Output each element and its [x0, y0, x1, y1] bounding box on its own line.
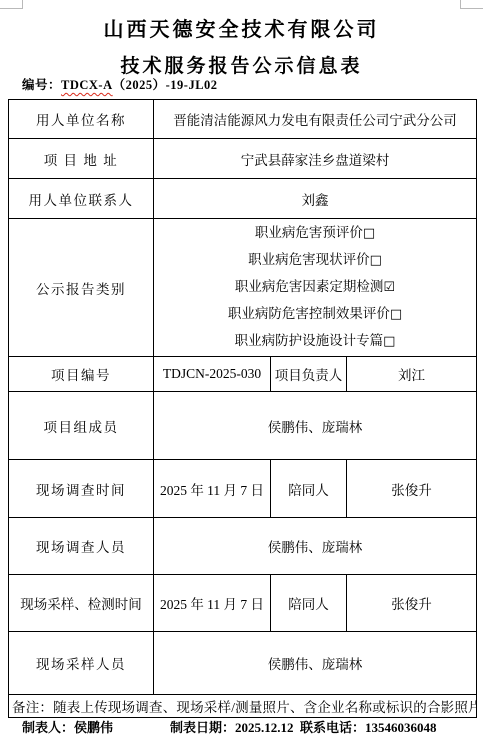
maker-line: 制表人：侯鹏伟 [22, 717, 113, 736]
table-row: 项 目 地 址 宁武县薛家洼乡盘道梁村 [9, 139, 477, 179]
sampling-time-value: 2025 年 11 月 7 日 [154, 575, 271, 632]
table-row: 现场调查时间 2025 年 11 月 7 日 陪同人 张俊升 [9, 460, 477, 518]
date-value: 2025.12.12 [235, 720, 294, 735]
report-type-option: 职业病危害现状评价□ [157, 247, 473, 274]
phone-label: 联系电话： [300, 720, 365, 735]
sampling-companion-label: 陪同人 [271, 575, 347, 632]
table-row: 项目组成员 侯鹏伟、庞瑞林 [9, 392, 477, 460]
survey-staff-label: 现场调查人员 [9, 518, 154, 575]
project-leader-value: 刘江 [347, 357, 477, 392]
report-type-option: 职业病危害预评价□ [157, 220, 473, 247]
checkbox-checked-icon: ☑ [383, 280, 395, 295]
checkbox-unchecked-icon: □ [383, 334, 395, 349]
margin-mark-top-right-icon [460, 0, 483, 9]
margin-mark-top-left-icon [0, 0, 23, 9]
info-table: 用人单位名称 晋能清洁能源风力发电有限责任公司宁武分公司 项 目 地 址 宁武县… [8, 99, 477, 718]
project-no-value: TDJCN-2025-030 [154, 357, 271, 392]
option-text: 职业病危害因素定期检测 [235, 279, 384, 294]
report-category-options: 职业病危害预评价□ 职业病危害现状评价□ 职业病危害因素定期检测☑ 职业病防危害… [154, 219, 477, 357]
maker-value: 侯鹏伟 [74, 720, 113, 735]
table-row: 用人单位联系人 刘鑫 [9, 179, 477, 219]
sampling-companion-value: 张俊升 [347, 575, 477, 632]
report-type-option: 职业病防危害控制效果评价□ [157, 301, 473, 328]
survey-time-label: 现场调查时间 [9, 460, 154, 518]
employer-contact-value: 刘鑫 [154, 179, 477, 219]
project-team-value: 侯鹏伟、庞瑞林 [154, 392, 477, 460]
survey-companion-label: 陪同人 [271, 460, 347, 518]
project-address-value: 宁武县薛家洼乡盘道梁村 [154, 139, 477, 179]
table-row: 现场调查人员 侯鹏伟、庞瑞林 [9, 518, 477, 575]
sampling-staff-label: 现场采样人员 [9, 632, 154, 695]
option-text: 职业病防护设施设计专篇 [235, 333, 384, 348]
employer-name-value: 晋能清洁能源风力发电有限责任公司宁武分公司 [154, 100, 477, 139]
checkbox-unchecked-icon: □ [370, 253, 382, 268]
table-row: 现场采样人员 侯鹏伟、庞瑞林 [9, 632, 477, 695]
doc-number: 编号：TDCX-A（2025）-19-JL02 [22, 75, 218, 93]
date-line: 制表日期：2025.12.12 [170, 717, 294, 736]
table-row: 备注：随表上传现场调查、现场采样/测量照片、含企业名称或标识的合影照片 [9, 695, 477, 718]
report-type-option: 职业病防护设施设计专篇□ [157, 328, 473, 355]
checkbox-unchecked-icon: □ [390, 307, 402, 322]
option-text: 职业病防危害控制效果评价 [228, 306, 390, 321]
remark-cell: 备注：随表上传现场调查、现场采样/测量照片、含企业名称或标识的合影照片 [9, 695, 477, 718]
maker-label: 制表人： [22, 720, 74, 735]
survey-companion-value: 张俊升 [347, 460, 477, 518]
employer-name-label: 用人单位名称 [9, 100, 154, 139]
table-row: 现场采样、检测时间 2025 年 11 月 7 日 陪同人 张俊升 [9, 575, 477, 632]
employer-contact-label: 用人单位联系人 [9, 179, 154, 219]
date-label: 制表日期： [170, 720, 235, 735]
form-title: 技术服务报告公示信息表 [0, 51, 483, 78]
sampling-time-label: 现场采样、检测时间 [9, 575, 154, 632]
option-text: 职业病危害现状评价 [248, 252, 370, 267]
report-type-option: 职业病危害因素定期检测☑ [157, 274, 473, 301]
option-text: 职业病危害预评价 [255, 225, 363, 240]
document-page: 山西天德安全技术有限公司 技术服务报告公示信息表 编号：TDCX-A（2025）… [0, 0, 483, 738]
project-leader-label: 项目负责人 [271, 357, 347, 392]
survey-time-value: 2025 年 11 月 7 日 [154, 460, 271, 518]
table-row: 公示报告类别 职业病危害预评价□ 职业病危害现状评价□ 职业病危害因素定期检测☑… [9, 219, 477, 357]
company-title: 山西天德安全技术有限公司 [0, 13, 483, 42]
table-row: 项目编号 TDJCN-2025-030 项目负责人 刘江 [9, 357, 477, 392]
survey-staff-value: 侯鹏伟、庞瑞林 [154, 518, 477, 575]
project-address-label: 项 目 地 址 [9, 139, 154, 179]
doc-number-label: 编号： [22, 78, 61, 92]
report-category-label: 公示报告类别 [9, 219, 154, 357]
project-no-label: 项目编号 [9, 357, 154, 392]
checkbox-unchecked-icon: □ [363, 226, 375, 241]
table-row: 用人单位名称 晋能清洁能源风力发电有限责任公司宁武分公司 [9, 100, 477, 139]
phone-line: 联系电话：13546036048 [300, 717, 437, 736]
phone-value: 13546036048 [365, 720, 437, 735]
sampling-staff-value: 侯鹏伟、庞瑞林 [154, 632, 477, 695]
doc-number-code-flagged: TDCX-A [61, 78, 113, 92]
project-team-label: 项目组成员 [9, 392, 154, 460]
doc-number-code-rest: （2025）-19-JL02 [113, 78, 218, 92]
